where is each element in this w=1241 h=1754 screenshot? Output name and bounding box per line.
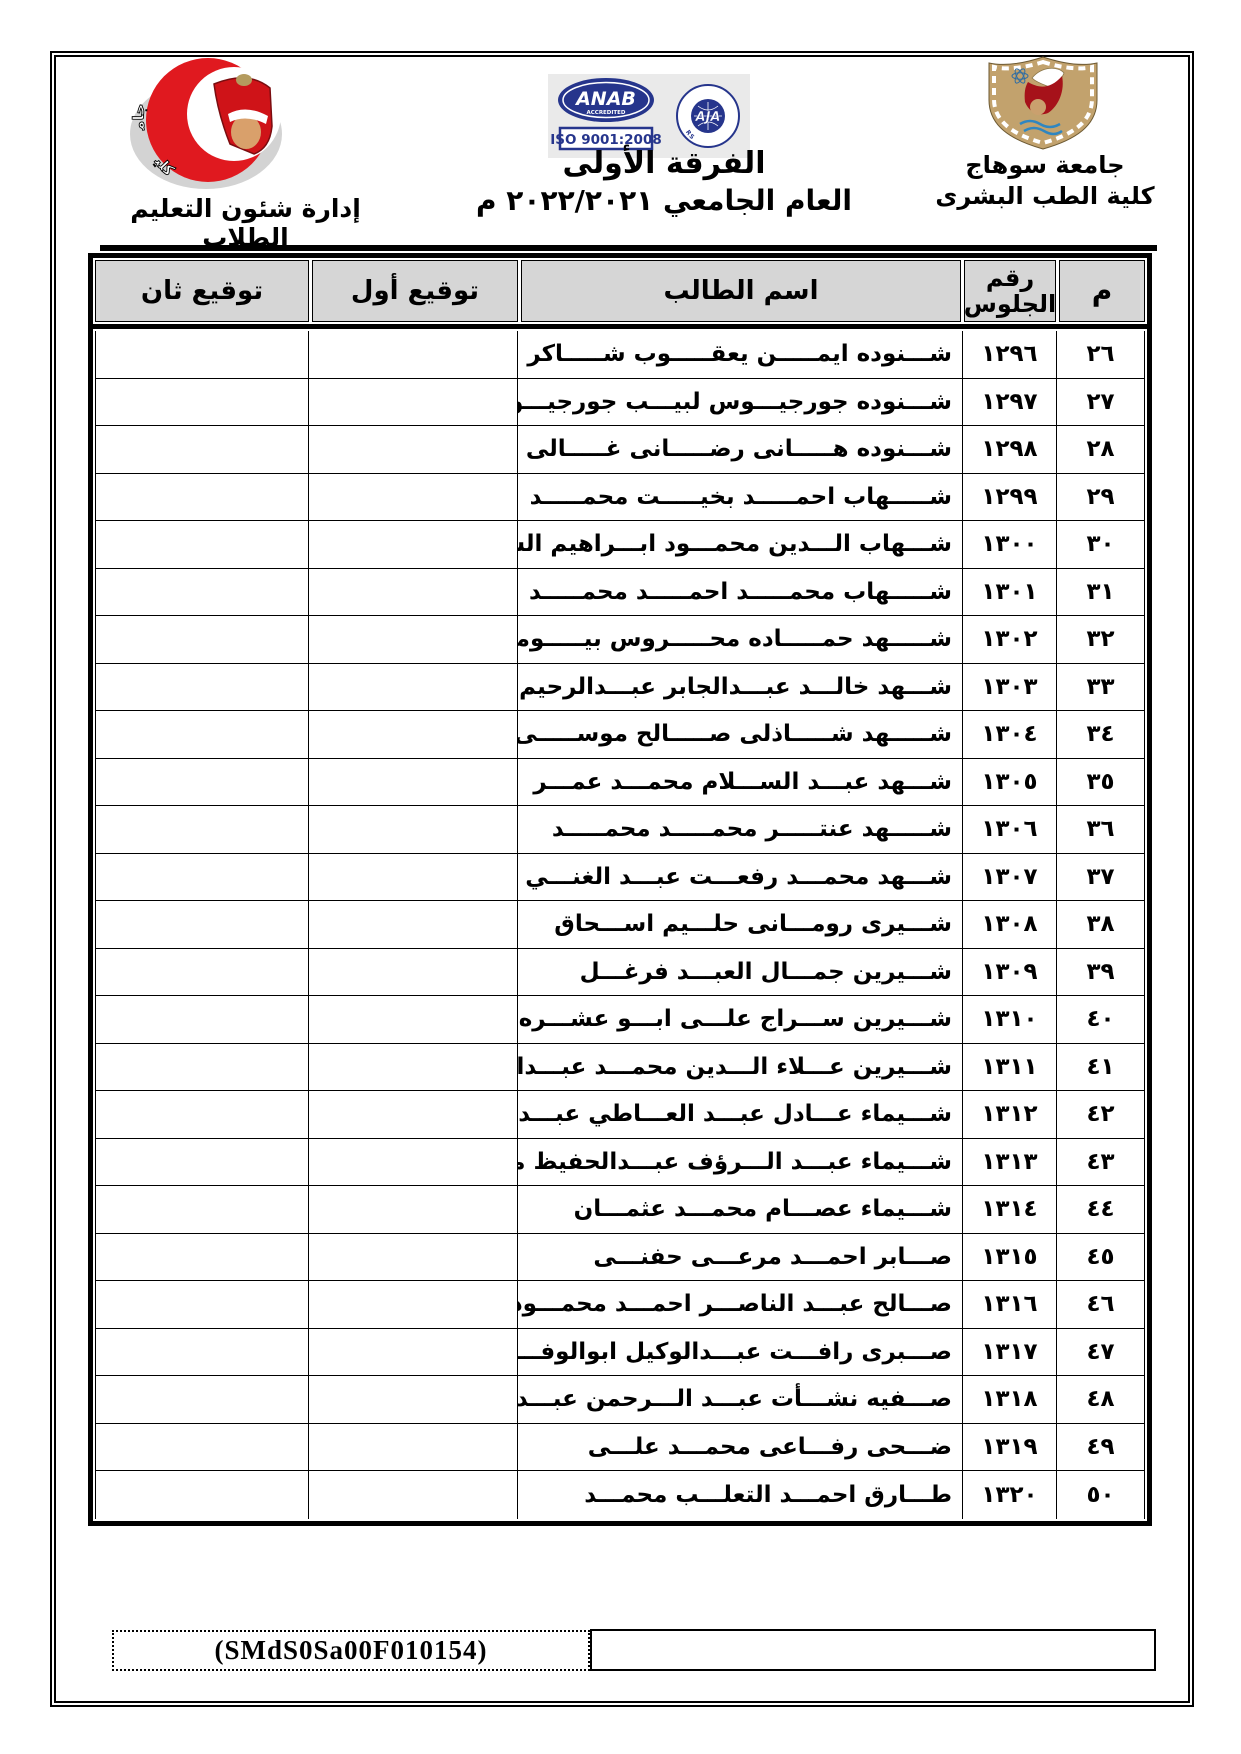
row-seat-number: ١٣١٨ [962, 1376, 1056, 1423]
row-student-name: طـــارق احمـــد التعلـــب محمـــد [517, 1471, 962, 1519]
row-student-name: شـــــهاب احمـــــد بخيـــــت محمـــــد [517, 474, 962, 521]
table-row: ٣٩ ١٣٠٩ شـــيرين جمـــال العبـــد فرغـــ… [96, 949, 1144, 997]
face-icon [1030, 99, 1046, 115]
row-student-name: شـــيماء عـــادل عبـــد العـــاطي عبـــد… [517, 1091, 962, 1138]
table-row: ٣١ ١٣٠١ شـــــهاب محمـــــد احمـــــد مح… [96, 569, 1144, 617]
university-name-block: جامعة سوهاج كلية الطب البشرى [928, 150, 1162, 212]
row-student-name: صـــابر احمـــد مرعـــى حفنـــى [517, 1234, 962, 1281]
row-seat-number: ١٣١٧ [962, 1329, 1056, 1376]
row-student-name: ضـــحى رفـــاعى محمـــد علـــى [517, 1424, 962, 1471]
row-serial: ٣٠ [1056, 521, 1144, 568]
row-student-name: شـــيرين جمـــال العبـــد فرغـــل [517, 949, 962, 996]
row-second-signature-cell [96, 664, 308, 711]
row-serial: ٣٥ [1056, 759, 1144, 806]
table-row: ٣٥ ١٣٠٥ شـــهد عبـــد الســـلام محمـــد … [96, 759, 1144, 807]
empty-stamp-box [590, 1629, 1156, 1671]
academic-year: العام الجامعي ٢٠٢٢/٢٠٢١ م [448, 184, 880, 217]
row-second-signature-cell [96, 759, 308, 806]
table-row: ٣٨ ١٣٠٨ شـــيرى رومـــانى حلـــيم اســـح… [96, 901, 1144, 949]
table-row: ٣٤ ١٣٠٤ شـــــهد شـــــاذلى صـــــالح مو… [96, 711, 1144, 759]
row-serial: ٣١ [1056, 569, 1144, 616]
row-student-name: صـــبرى رافـــت عبـــدالوكيل ابوالوفـــا [517, 1329, 962, 1376]
row-second-signature-cell [96, 1044, 308, 1091]
row-second-signature-cell [96, 1329, 308, 1376]
row-first-signature-cell [308, 379, 517, 426]
row-first-signature-cell [308, 1376, 517, 1423]
row-first-signature-cell [308, 1091, 517, 1138]
row-second-signature-cell [96, 1234, 308, 1281]
row-seat-number: ١٢٩٧ [962, 379, 1056, 426]
row-student-name: شـــهد عبـــد الســـلام محمـــد عمـــر [517, 759, 962, 806]
row-serial: ٣٦ [1056, 806, 1144, 853]
row-student-name: شـــــهاب محمـــــد احمـــــد محمـــــد [517, 569, 962, 616]
cobra-crest-icon [236, 74, 252, 86]
row-first-signature-cell [308, 1329, 517, 1376]
row-second-signature-cell [96, 806, 308, 853]
row-seat-number: ١٣٠٢ [962, 616, 1056, 663]
row-student-name: شـــهاب الـــدين محمـــود ابـــراهيم الس… [517, 521, 962, 568]
table-row: ٥٠ ١٣٢٠ طـــارق احمـــد التعلـــب محمـــ… [96, 1471, 1144, 1519]
row-serial: ٤٩ [1056, 1424, 1144, 1471]
row-serial: ٤٠ [1056, 996, 1144, 1043]
row-second-signature-cell [96, 854, 308, 901]
row-second-signature-cell [96, 616, 308, 663]
row-seat-number: ١٣٠٩ [962, 949, 1056, 996]
row-second-signature-cell [96, 379, 308, 426]
department-title: إدارة شئون التعليم الطلاب [88, 194, 403, 252]
row-first-signature-cell [308, 901, 517, 948]
row-second-signature-cell [96, 1091, 308, 1138]
table-row: ٣٣ ١٣٠٣ شـــهد خالـــد عبـــدالجابر عبــ… [96, 664, 1144, 712]
table-row: ٣٢ ١٣٠٢ شـــــهد حمـــــاده محـــــروس ب… [96, 616, 1144, 664]
row-second-signature-cell [96, 901, 308, 948]
row-second-signature-cell [96, 474, 308, 521]
row-first-signature-cell [308, 1424, 517, 1471]
row-seat-number: ١٣٠٨ [962, 901, 1056, 948]
row-serial: ٤١ [1056, 1044, 1144, 1091]
table-row: ٤٧ ١٣١٧ صـــبرى رافـــت عبـــدالوكيل ابو… [96, 1329, 1144, 1377]
row-seat-number: ١٣١٠ [962, 996, 1056, 1043]
row-first-signature-cell [308, 854, 517, 901]
row-second-signature-cell [96, 1471, 308, 1519]
row-seat-number: ١٣١٩ [962, 1424, 1056, 1471]
row-student-name: شـــيماء عصـــام محمـــد عثمـــان [517, 1186, 962, 1233]
header-student-name: اسم الطالب [521, 260, 961, 322]
page-title: الفرقة الأولى [468, 146, 860, 181]
table-row: ٤٩ ١٣١٩ ضـــحى رفـــاعى محمـــد علـــى [96, 1424, 1144, 1472]
table-header-row: م رقم الجلوس اسم الطالب توقيع أول توقيع … [95, 260, 1145, 322]
row-second-signature-cell [96, 1186, 308, 1233]
faculty-name: كلية الطب البشرى [928, 181, 1162, 212]
row-student-name: شـــيماء عبـــد الـــرؤف عبـــدالحفيظ مح… [517, 1139, 962, 1186]
row-first-signature-cell [308, 664, 517, 711]
attendance-table: م رقم الجلوس اسم الطالب توقيع أول توقيع … [88, 253, 1152, 1526]
row-seat-number: ١٣١٣ [962, 1139, 1056, 1186]
document-code: (SMdS0Sa00F010154) [214, 1635, 487, 1666]
row-second-signature-cell [96, 426, 308, 473]
table-row: ٣٠ ١٣٠٠ شـــهاب الـــدين محمـــود ابـــر… [96, 521, 1144, 569]
anab-accredited-label: ACCREDITED [586, 110, 625, 116]
header-separator [93, 324, 1147, 329]
header-rule [100, 245, 1157, 251]
table-row: ٤٠ ١٣١٠ شـــيرين ســـراج علـــى ابـــو ع… [96, 996, 1144, 1044]
row-serial: ٢٨ [1056, 426, 1144, 473]
row-student-name: شـــــهد عنتـــــر محمـــــد محمـــــد [517, 806, 962, 853]
row-serial: ٤٦ [1056, 1281, 1144, 1328]
row-first-signature-cell [308, 711, 517, 758]
row-first-signature-cell [308, 759, 517, 806]
table-row: ٢٦ ١٢٩٦ شـــنوده ايمـــــن يعقـــــوب شـ… [96, 331, 1144, 379]
table-row: ٤٦ ١٣١٦ صـــالح عبـــد الناصـــر احمـــد… [96, 1281, 1144, 1329]
faculty-crescent-logo: جامعة سوهاج كلية الطب [118, 54, 303, 194]
table-row: ٤٨ ١٣١٨ صـــفيه نشـــأت عبـــد الـــرحمن… [96, 1376, 1144, 1424]
row-first-signature-cell [308, 616, 517, 663]
row-first-signature-cell [308, 806, 517, 853]
row-second-signature-cell [96, 1281, 308, 1328]
row-student-name: شـــيرين عـــلاء الـــدين محمـــد عبـــد… [517, 1044, 962, 1091]
row-serial: ٣٧ [1056, 854, 1144, 901]
row-first-signature-cell [308, 1186, 517, 1233]
row-seat-number: ١٢٩٨ [962, 426, 1056, 473]
row-serial: ٤٥ [1056, 1234, 1144, 1281]
row-seat-number: ١٣٢٠ [962, 1471, 1056, 1519]
aja-arc-top-text: ANGLO JAPANESE AMERICAN [548, 74, 551, 76]
row-student-name: شـــنوده هـــــانى رضـــــانى غـــــالى [517, 426, 962, 473]
document-code-box: (SMdS0Sa00F010154) [112, 1630, 590, 1671]
row-serial: ٣٢ [1056, 616, 1144, 663]
row-first-signature-cell [308, 949, 517, 996]
anab-label: ANAB [574, 88, 636, 110]
row-first-signature-cell [308, 331, 517, 378]
row-second-signature-cell [96, 711, 308, 758]
row-student-name: صـــالح عبـــد الناصـــر احمـــد محمـــو… [517, 1281, 962, 1328]
table-row: ٣٧ ١٣٠٧ شـــهد محمـــد رفعـــت عبـــد ال… [96, 854, 1144, 902]
table-row: ٤٣ ١٣١٣ شـــيماء عبـــد الـــرؤف عبـــدا… [96, 1139, 1144, 1187]
row-second-signature-cell [96, 1139, 308, 1186]
row-student-name: شـــهد محمـــد رفعـــت عبـــد الغنـــي [517, 854, 962, 901]
svg-text:ANGLO JAPANESE AMERICAN: ANGLO JAPANESE AMERICAN [548, 74, 551, 76]
row-seat-number: ١٣١١ [962, 1044, 1056, 1091]
row-serial: ٤٤ [1056, 1186, 1144, 1233]
row-first-signature-cell [308, 1234, 517, 1281]
row-first-signature-cell [308, 996, 517, 1043]
row-serial: ٥٠ [1056, 1471, 1144, 1519]
table-row: ٢٧ ١٢٩٧ شـــنوده جورجيـــوس لبيـــب جورج… [96, 379, 1144, 427]
header-serial: م [1059, 260, 1145, 322]
row-first-signature-cell [308, 1281, 517, 1328]
row-first-signature-cell [308, 569, 517, 616]
row-first-signature-cell [308, 474, 517, 521]
row-seat-number: ١٣١٢ [962, 1091, 1056, 1138]
row-serial: ٣٨ [1056, 901, 1144, 948]
row-seat-number: ١٣٠٤ [962, 711, 1056, 758]
row-second-signature-cell [96, 331, 308, 378]
row-student-name: شـــيرى رومـــانى حلـــيم اســـحاق [517, 901, 962, 948]
row-student-name: شـــهد خالـــد عبـــدالجابر عبـــدالرحيم [517, 664, 962, 711]
row-student-name: شـــــهد حمـــــاده محـــــروس بيـــــوم… [517, 616, 962, 663]
row-seat-number: ١٣٠٣ [962, 664, 1056, 711]
row-second-signature-cell [96, 569, 308, 616]
row-seat-number: ١٣٠٠ [962, 521, 1056, 568]
row-second-signature-cell [96, 1424, 308, 1471]
row-first-signature-cell [308, 426, 517, 473]
row-seat-number: ١٣٠٦ [962, 806, 1056, 853]
row-seat-number: ١٣٠٥ [962, 759, 1056, 806]
header-second-signature: توقيع ثان [95, 260, 309, 322]
row-seat-number: ١٣١٤ [962, 1186, 1056, 1233]
row-student-name: شـــــهد شـــــاذلى صـــــالح موســـــى [517, 711, 962, 758]
row-serial: ٢٩ [1056, 474, 1144, 521]
row-second-signature-cell [96, 949, 308, 996]
row-second-signature-cell [96, 1376, 308, 1423]
row-first-signature-cell [308, 1471, 517, 1519]
row-first-signature-cell [308, 1044, 517, 1091]
row-serial: ٣٤ [1056, 711, 1144, 758]
table-row: ٤٢ ١٣١٢ شـــيماء عـــادل عبـــد العـــاط… [96, 1091, 1144, 1139]
row-second-signature-cell [96, 996, 308, 1043]
row-student-name: صـــفيه نشـــأت عبـــد الـــرحمن عبـــد … [517, 1376, 962, 1423]
table-row: ٣٦ ١٣٠٦ شـــــهد عنتـــــر محمـــــد محم… [96, 806, 1144, 854]
row-student-name: شـــيرين ســـراج علـــى ابـــو عشـــره [517, 996, 962, 1043]
table-row: ٢٨ ١٢٩٨ شـــنوده هـــــانى رضـــــانى غـ… [96, 426, 1144, 474]
table-row: ٤٥ ١٣١٥ صـــابر احمـــد مرعـــى حفنـــى [96, 1234, 1144, 1282]
row-first-signature-cell [308, 1139, 517, 1186]
row-student-name: شـــنوده ايمـــــن يعقـــــوب شـــــاكر [517, 331, 962, 378]
university-name: جامعة سوهاج [928, 150, 1162, 181]
aja-label: AJA [695, 110, 721, 125]
scanned-attendance-sheet: { "university": { "line1": "جامعة سوهاج"… [0, 0, 1241, 1754]
row-student-name: شـــنوده جورجيـــوس لبيـــب جورجيـــوس [517, 379, 962, 426]
row-serial: ٤٧ [1056, 1329, 1144, 1376]
header-first-signature: توقيع أول [312, 260, 518, 322]
row-serial: ٢٧ [1056, 379, 1144, 426]
row-seat-number: ١٣١٥ [962, 1234, 1056, 1281]
row-seat-number: ١٢٩٩ [962, 474, 1056, 521]
row-serial: ٤٨ [1056, 1376, 1144, 1423]
row-serial: ٤٢ [1056, 1091, 1144, 1138]
student-rows: ٢٦ ١٢٩٦ شـــنوده ايمـــــن يعقـــــوب شـ… [95, 331, 1145, 1519]
header-seat-number: رقم الجلوس [964, 260, 1056, 322]
row-serial: ٣٩ [1056, 949, 1144, 996]
row-first-signature-cell [308, 521, 517, 568]
university-shield-logo [982, 54, 1104, 152]
row-seat-number: ١٢٩٦ [962, 331, 1056, 378]
row-serial: ٢٦ [1056, 331, 1144, 378]
row-serial: ٤٣ [1056, 1139, 1144, 1186]
table-row: ٤١ ١٣١١ شـــيرين عـــلاء الـــدين محمـــ… [96, 1044, 1144, 1092]
row-serial: ٣٣ [1056, 664, 1144, 711]
row-seat-number: ١٣١٦ [962, 1281, 1056, 1328]
table-row: ٤٤ ١٣١٤ شـــيماء عصـــام محمـــد عثمـــا… [96, 1186, 1144, 1234]
row-second-signature-cell [96, 521, 308, 568]
row-seat-number: ١٣٠٧ [962, 854, 1056, 901]
table-row: ٢٩ ١٢٩٩ شـــــهاب احمـــــد بخيـــــت مح… [96, 474, 1144, 522]
row-seat-number: ١٣٠١ [962, 569, 1056, 616]
